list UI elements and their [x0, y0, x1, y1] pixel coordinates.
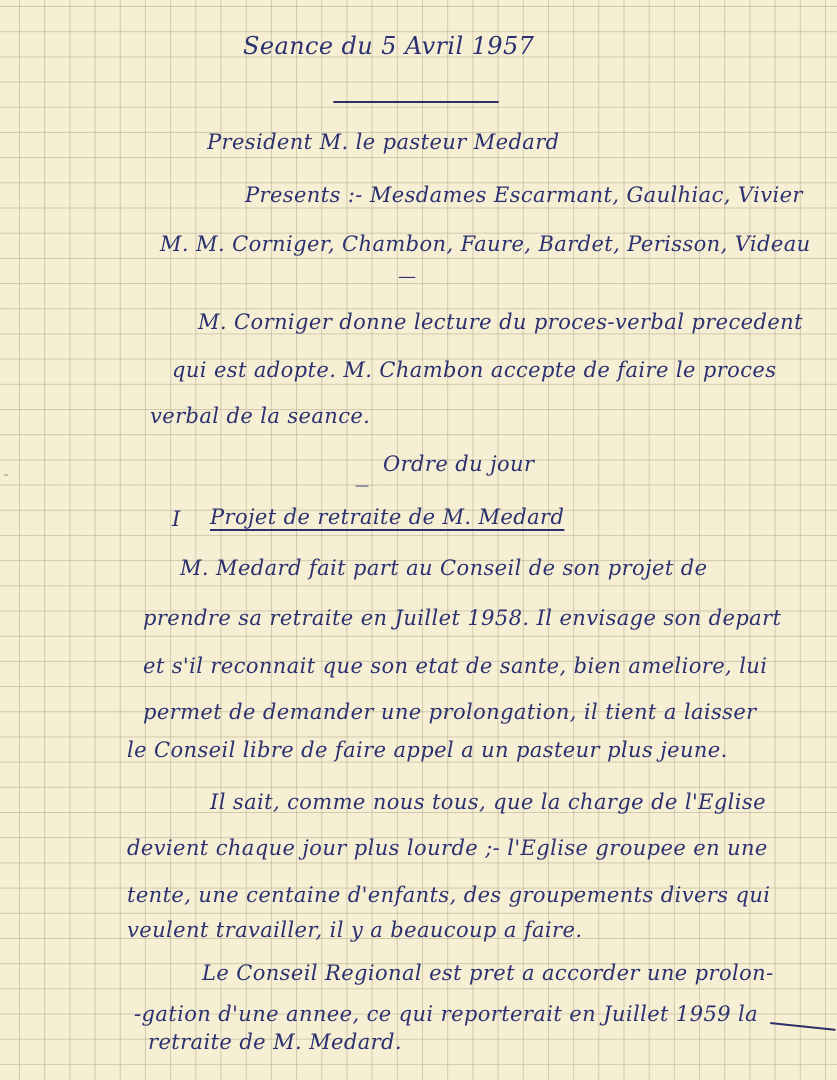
body-line: prendre sa retraite en Juillet 1958. Il … — [143, 606, 781, 630]
minutes-line-3: verbal de la seance. — [150, 404, 370, 428]
title-underline — [333, 101, 499, 103]
body-line: tente, une centaine d'enfants, des group… — [127, 883, 770, 907]
margin-mark — [4, 474, 8, 476]
body-line: Il sait, comme nous tous, que la charge … — [210, 790, 766, 814]
minutes-line-1: M. Corniger donne lecture du proces-verb… — [198, 310, 803, 334]
body-line: Le Conseil Regional est pret a accorder … — [202, 961, 774, 985]
body-line: et s'il reconnait que son etat de sante,… — [143, 654, 767, 678]
notebook-page: Seance du 5 Avril 1957 President M. le p… — [0, 0, 837, 1080]
body-line: M. Medard fait part au Conseil de son pr… — [180, 556, 707, 580]
end-stroke — [770, 1022, 836, 1030]
item-number: I — [172, 507, 181, 531]
agenda-heading: Ordre du jour — [383, 452, 534, 476]
agenda-heading-mark: — — [355, 478, 369, 494]
body-line: retraite de M. Medard. — [148, 1030, 402, 1054]
president-line: President M. le pasteur Medard — [207, 130, 560, 154]
presents-line-1: Presents :- Mesdames Escarmant, Gaulhiac… — [245, 183, 803, 207]
minutes-line-2: qui est adopte. M. Chambon accepte de fa… — [172, 358, 776, 382]
body-line: -gation d'une annee, ce qui reporterait … — [134, 1002, 758, 1026]
body-line: permet de demander une prolongation, il … — [143, 700, 757, 724]
body-line: veulent travailler, il y a beaucoup a fa… — [127, 918, 582, 942]
separator-dash: — — [398, 266, 416, 287]
page-title: Seance du 5 Avril 1957 — [243, 32, 534, 60]
body-line: le Conseil libre de faire appel a un pas… — [127, 738, 728, 762]
presents-line-2: M. M. Corniger, Chambon, Faure, Bardet, … — [160, 232, 811, 256]
body-line: devient chaque jour plus lourde ;- l'Egl… — [127, 836, 768, 860]
item-title: Projet de retraite de M. Medard — [210, 505, 564, 529]
